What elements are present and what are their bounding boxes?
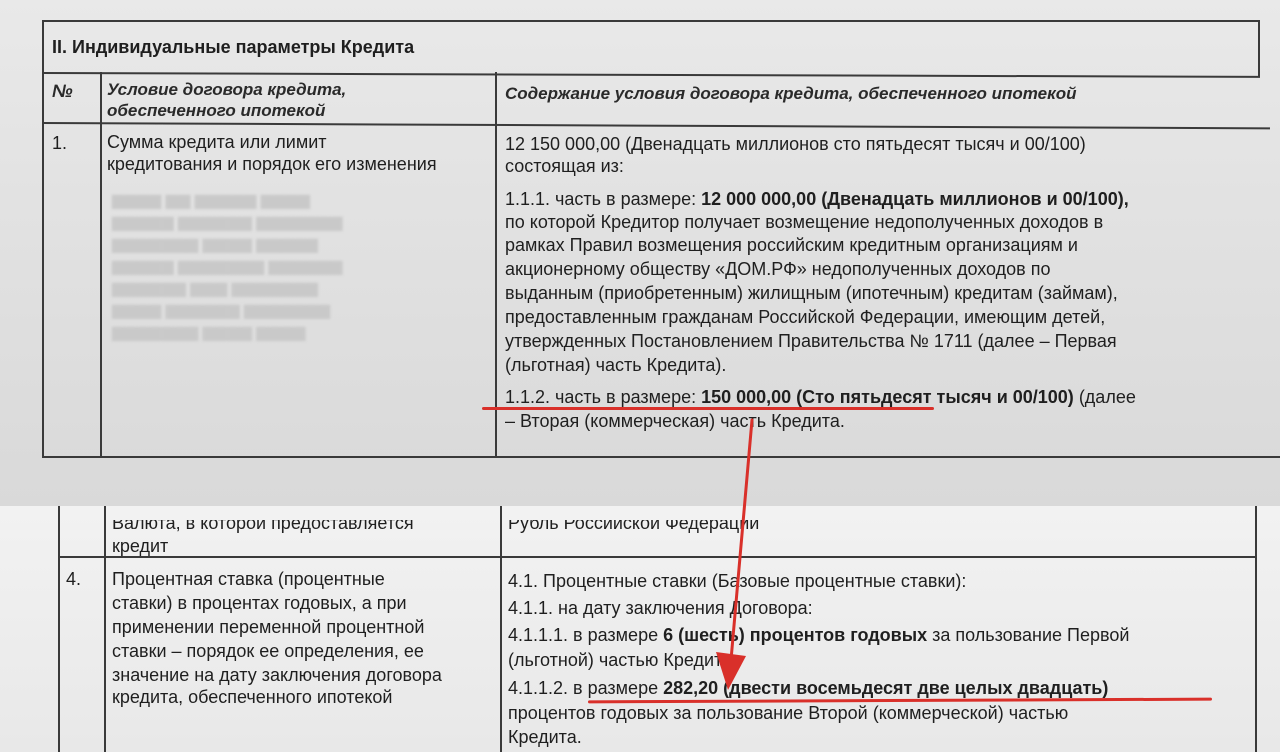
red-arrow-icon [0,0,1280,752]
